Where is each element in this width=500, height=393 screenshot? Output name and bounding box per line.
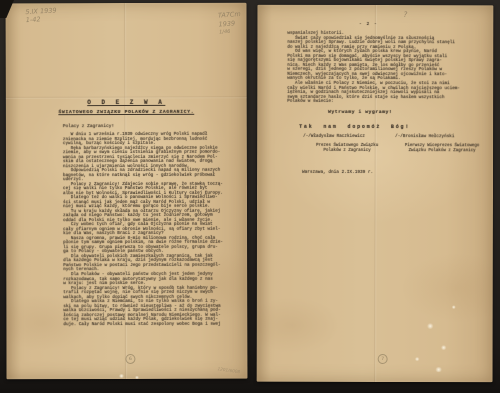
page-number: - 2 - bbox=[257, 22, 479, 27]
pencil-code: 1-42 bbox=[26, 14, 58, 24]
document-subtitle: ŚWIATOWEGO ZWIĄZKU POLAKÓW Z ZAGRANICY. bbox=[6, 110, 247, 116]
scanned-document-background: 5.IX 1939 1-42 TA7Cm 1939 1/46 O D E Z W… bbox=[0, 0, 500, 393]
paper-damage-spot bbox=[452, 305, 456, 309]
document-page-2: ? - 2 - wspanialszej historii. Świat cał… bbox=[257, 5, 494, 382]
document-page-1: 5.IX 1939 1-42 TA7Cm 1939 1/46 O D E Z W… bbox=[6, 3, 248, 380]
signature-name: /-/Władysław Raczkiewicz bbox=[303, 134, 391, 139]
pencil-archive-number: 1201/6008 bbox=[218, 366, 241, 374]
salutation-line: Polacy z Zagranicy! bbox=[63, 124, 114, 129]
slogan-line: Wytrwamy i wygramy! bbox=[257, 110, 463, 115]
pencil-annotation-top-left: 5.IX 1939 1-42 bbox=[25, 6, 57, 24]
signature-block-vice-president: /-/Bronisław Hełczyński Pierwszy Wicepre… bbox=[395, 134, 489, 154]
pencil-folio-number: 1/46 bbox=[219, 27, 242, 37]
dateline: Warszawa, dnia 2.IX.1939 r. bbox=[302, 170, 373, 175]
paper-damage-spot bbox=[134, 376, 139, 379]
paper-damage-spot bbox=[427, 323, 434, 329]
page1-body-text: W dniu 1 września r.1939 odwieczny wróg … bbox=[63, 133, 244, 328]
document-title: O D E Z W A bbox=[6, 99, 247, 107]
pencil-date: 5.IX 1939 bbox=[25, 6, 57, 16]
invocation-line: Tak nam dopomóż Bóg! bbox=[299, 124, 410, 130]
pencil-circled-number: 6 bbox=[125, 354, 135, 364]
pencil-circled-number: 7 bbox=[378, 354, 388, 364]
page2-body-text: wspanialszej historii. Świat cały opowie… bbox=[287, 32, 473, 105]
paper-damage-spot bbox=[441, 345, 447, 350]
paper-damage-spot bbox=[118, 374, 124, 378]
signature-block-president: /-/Władysław Raczkiewicz Prezes Światowe… bbox=[303, 134, 391, 154]
signature-title: Prezes Światowego Związku Polaków z Zagr… bbox=[303, 143, 391, 153]
paper-damage-spot bbox=[415, 357, 420, 361]
paper-damage-spot bbox=[435, 367, 443, 372]
signature-title: Pierwszy Wiceprezes Światowego Związku P… bbox=[395, 144, 489, 154]
pencil-annotation-top-right: TA7Cm 1939 1/46 bbox=[218, 10, 243, 37]
pencil-signature-code: TA7Cm bbox=[218, 10, 241, 20]
pencil-question-mark: ? bbox=[403, 10, 407, 19]
signature-name: /-/Bronisław Hełczyński bbox=[395, 134, 489, 139]
